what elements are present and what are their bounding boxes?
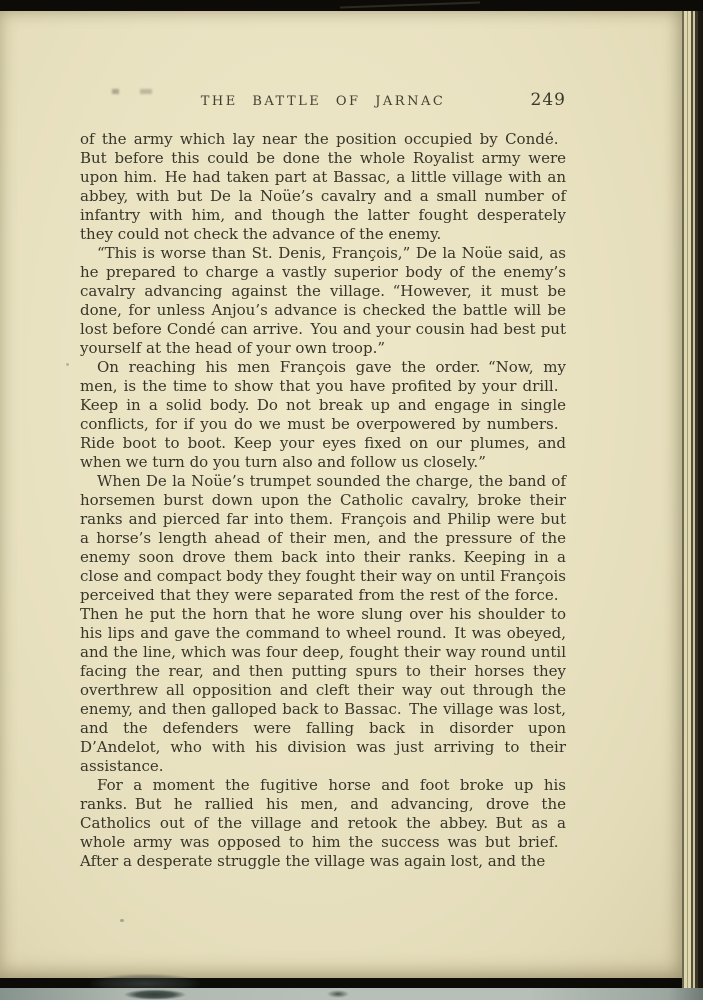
paper-speck <box>120 919 124 922</box>
book-scan: THE BATTLE OF JARNAC 249 of the army whi… <box>0 0 703 1000</box>
page-number: 249 <box>531 90 566 110</box>
scan-top-edge <box>0 0 703 11</box>
paper-speck <box>66 363 69 366</box>
page-edges-bottom <box>0 978 682 988</box>
book-page: THE BATTLE OF JARNAC 249 of the army whi… <box>0 11 684 978</box>
scan-top-streak <box>340 2 480 9</box>
ink-smudge <box>112 89 182 94</box>
page-edges-right <box>682 11 703 988</box>
scanner-surface-strip <box>0 988 703 1000</box>
paragraph: When De la Noüe’s trumpet sounded the ch… <box>80 472 566 776</box>
paragraph: For a moment the fugitive horse and foot… <box>80 776 566 871</box>
paragraph: “This is worse than St. Denis, François,… <box>80 244 566 358</box>
body-text: of the army which lay near the position … <box>80 130 566 871</box>
paragraph: of the army which lay near the position … <box>80 130 566 244</box>
paragraph: On reaching his men François gave the or… <box>80 358 566 472</box>
